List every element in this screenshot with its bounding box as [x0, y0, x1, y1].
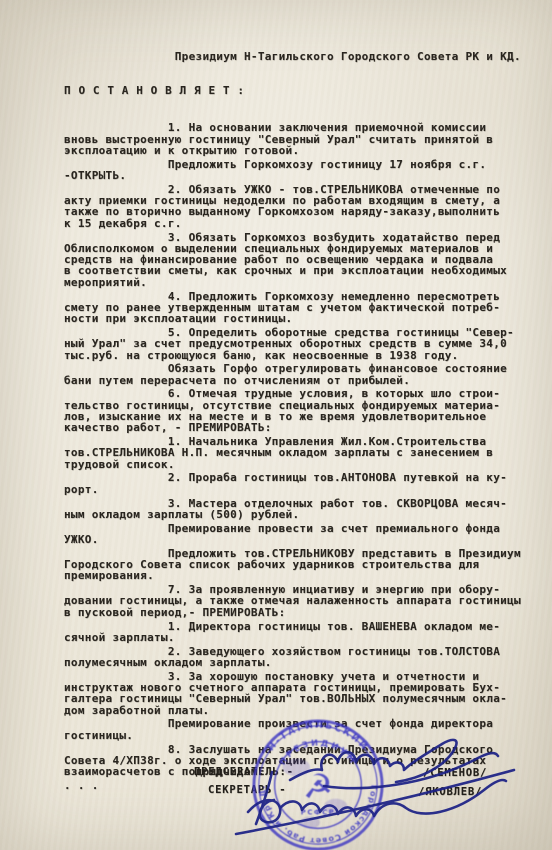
paragraph: 3. Обязать Горкомхоз возбудить ходатайст…	[64, 232, 538, 288]
paragraph: 1. На основании заключения приемочной ко…	[64, 122, 538, 156]
paragraph: Предложить тов.СТРЕЛЬНИКОВУ представить …	[64, 548, 538, 582]
paragraph: 7. За проявленную инциативу и энергию пр…	[64, 584, 538, 618]
paragraph: 2. Прораба гостиницы тов.АНТОНОВА путевк…	[64, 472, 538, 495]
chairman-signature	[290, 740, 498, 788]
paragraph: 2. Обязать УЖКО - тов.СТРЕЛЬНИКОВА отмеч…	[64, 184, 538, 229]
paragraph: 5. Определить оборотные средства гостини…	[64, 327, 538, 361]
paragraph: Премирование провести за счет премиально…	[64, 523, 538, 546]
paragraph: Предложить Горкомхозу гостиницу 17 ноябр…	[64, 159, 538, 182]
paragraph: 1. Директора гостиницы тов. ВАШЕНЕВА окл…	[64, 621, 538, 644]
signatures-overlay	[212, 728, 542, 850]
paragraph: 3. Мастера отделочных работ тов. СКВОРЦО…	[64, 498, 538, 521]
secretary-signature	[236, 770, 514, 834]
document-text: Президиум Н-Тагильского Городского Совет…	[64, 28, 538, 805]
document-header-line: Президиум Н-Тагильского Городского Совет…	[64, 51, 538, 62]
scanned-document-page: { "doc": { "header": " Президиум Н-Тагил…	[0, 0, 552, 850]
paragraph: Обязать Горфо отрегулировать финансовое …	[64, 363, 538, 386]
document-body: 1. На основании заключения приемочной ко…	[64, 122, 538, 791]
paragraph: 3. За хорошую постановку учета и отчетно…	[64, 671, 538, 716]
paragraph: 6. Отмечая трудные условия, в которых шл…	[64, 388, 538, 433]
paragraph: 4. Предложить Горкомхозу немедленно пере…	[64, 291, 538, 325]
paragraph: 1. Начальника Управления Жил.Ком.Строите…	[64, 436, 538, 470]
paragraph: 2. Заведующего хозяйством гостиницы тов.…	[64, 646, 538, 669]
decree-word-line: П О С Т А Н О В Л Я Е Т :	[64, 85, 538, 96]
